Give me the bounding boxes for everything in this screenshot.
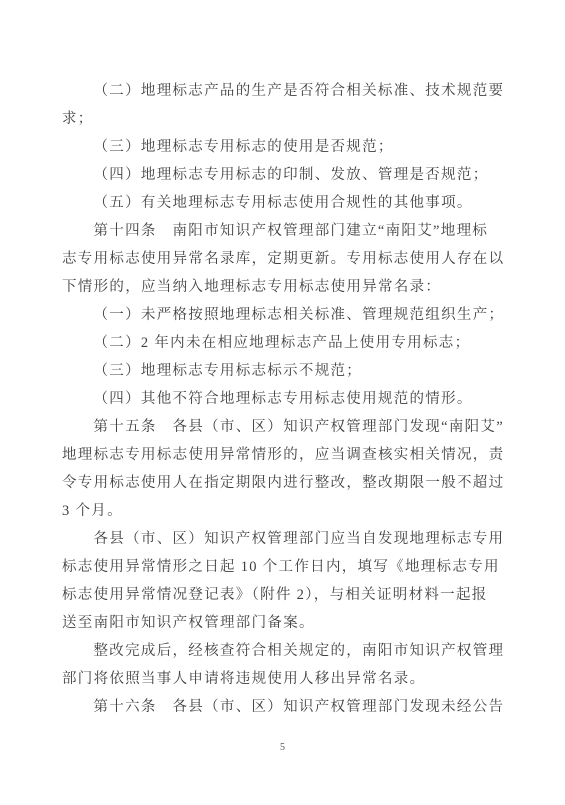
text-line: 整改完成后，经核查符合相关规定的，南阳市知识产权管理 [62, 637, 506, 665]
text-line: 第十四条 南阳市知识产权管理部门建立“南阳艾”地理标 [62, 217, 506, 245]
text-line: （五）有关地理标志专用标志使用合规性的其他事项。 [62, 189, 506, 217]
text-line: 志专用标志使用异常名录库，定期更新。专用标志使用人存在以 [62, 245, 506, 273]
text-line: 标志使用异常情形之日起 10 个工作日内，填写《地理标志专用 [62, 553, 506, 581]
text-line: 3 个月。 [62, 497, 506, 525]
text-line: （二）地理标志产品的生产是否符合相关标准、技术规范要 [62, 77, 506, 105]
text-line: （四）地理标志专用标志的印制、发放、管理是否规范； [62, 161, 506, 189]
text-line: 第十六条 各县（市、区）知识产权管理部门发现未经公告 [62, 693, 506, 721]
document-body: （二）地理标志产品的生产是否符合相关标准、技术规范要求；（三）地理标志专用标志的… [62, 77, 506, 721]
page-number: 5 [0, 742, 565, 753]
document-page: （二）地理标志产品的生产是否符合相关标准、技术规范要求；（三）地理标志专用标志的… [0, 0, 565, 805]
text-line: （三）地理标志专用标志标示不规范； [62, 357, 506, 385]
text-line: 送至南阳市知识产权管理部门备案。 [62, 609, 506, 637]
text-line: （四）其他不符合地理标志专用标志使用规范的情形。 [62, 385, 506, 413]
text-line: （三）地理标志专用标志的使用是否规范； [62, 133, 506, 161]
text-line: 地理标志专用标志使用异常情形的，应当调查核实相关情况，责 [62, 441, 506, 469]
text-line: 第十五条 各县（市、区）知识产权管理部门发现“南阳艾” [62, 413, 506, 441]
text-line: 部门将依照当事人申请将违规使用人移出异常名录。 [62, 665, 506, 693]
text-line: 求； [62, 105, 506, 133]
text-line: 各县（市、区）知识产权管理部门应当自发现地理标志专用 [62, 525, 506, 553]
text-line: 下情形的，应当纳入地理标志专用标志使用异常名录： [62, 273, 506, 301]
text-line: （一）未严格按照地理标志相关标准、管理规范组织生产； [62, 301, 506, 329]
text-line: 令专用标志使用人在指定期限内进行整改，整改期限一般不超过 [62, 469, 506, 497]
text-line: （二）2 年内未在相应地理标志产品上使用专用标志； [62, 329, 506, 357]
text-line: 标志使用异常情况登记表》（附件 2），与相关证明材料一起报 [62, 581, 506, 609]
